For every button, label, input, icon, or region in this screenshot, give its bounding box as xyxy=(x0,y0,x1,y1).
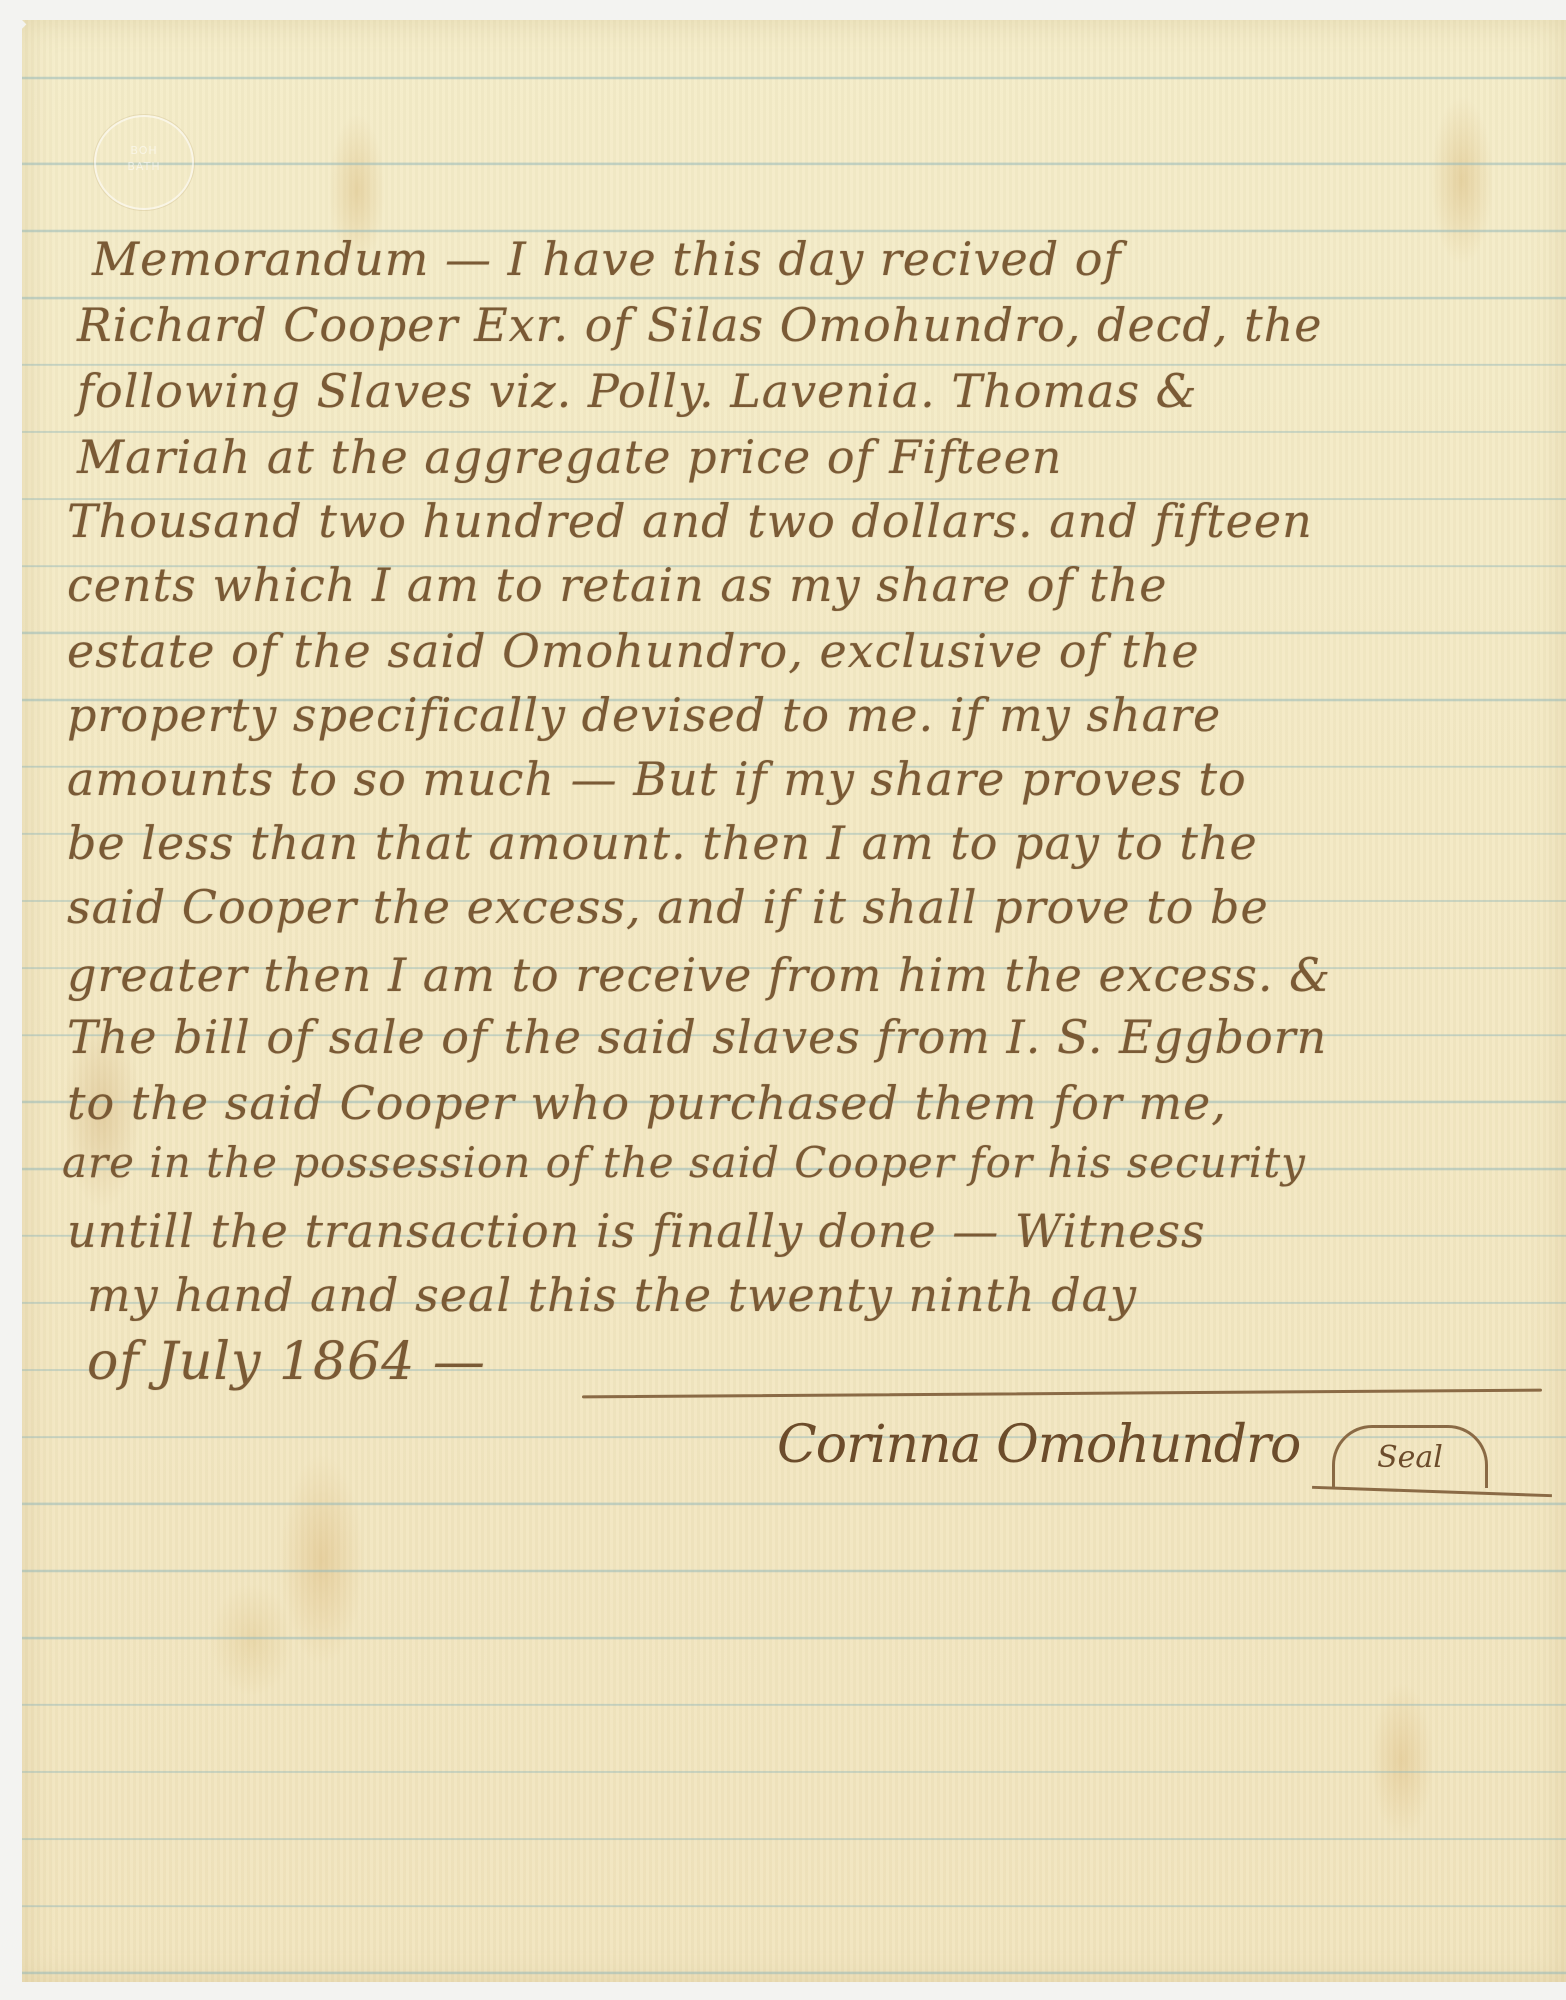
text-line-8: property specifically devised to me. if … xyxy=(67,688,1221,742)
text-line-7: estate of the said Omohundro, exclusive … xyxy=(67,624,1200,678)
document-page: BOH BATH Memorandum — I have this day re… xyxy=(22,20,1566,1982)
text-line-18: of July 1864 — xyxy=(87,1332,486,1392)
text-line-10: be less than that amount. then I am to p… xyxy=(67,816,1258,870)
text-line-2: Richard Cooper Exr. of Silas Omohundro, … xyxy=(77,298,1322,352)
text-line-6: cents which I am to retain as my share o… xyxy=(67,558,1167,612)
text-line-17: my hand and seal this the twenty ninth d… xyxy=(87,1268,1137,1322)
text-line-13: The bill of sale of the said slaves from… xyxy=(67,1010,1327,1064)
text-line-16: untill the transaction is finally done —… xyxy=(67,1204,1206,1258)
text-line-1: Memorandum — I have this day recived of xyxy=(92,232,1122,286)
seal-text-top: BOH xyxy=(96,143,192,159)
text-line-14: to the said Cooper who purchased them fo… xyxy=(67,1076,1227,1130)
seal-label: Seal xyxy=(1377,1440,1443,1475)
text-line-15: are in the possession of the said Cooper… xyxy=(62,1138,1306,1187)
text-line-3: following Slaves viz. Polly. Lavenia. Th… xyxy=(77,364,1198,418)
text-line-11: said Cooper the excess, and if it shall … xyxy=(67,880,1269,934)
text-line-4: Mariah at the aggregate price of Fifteen xyxy=(77,430,1062,484)
seal-scroll-icon: Seal xyxy=(1332,1425,1488,1488)
signature: Corinna Omohundro xyxy=(777,1415,1300,1475)
text-line-9: amounts to so much — But if my share pro… xyxy=(67,752,1247,806)
seal-text-bottom: BATH xyxy=(96,159,192,175)
date-flourish-line xyxy=(582,1389,1542,1399)
text-line-12: greater then I am to receive from him th… xyxy=(67,948,1331,1002)
embossed-seal-icon: BOH BATH xyxy=(94,115,194,210)
text-line-5: Thousand two hundred and two dollars. an… xyxy=(67,494,1313,548)
